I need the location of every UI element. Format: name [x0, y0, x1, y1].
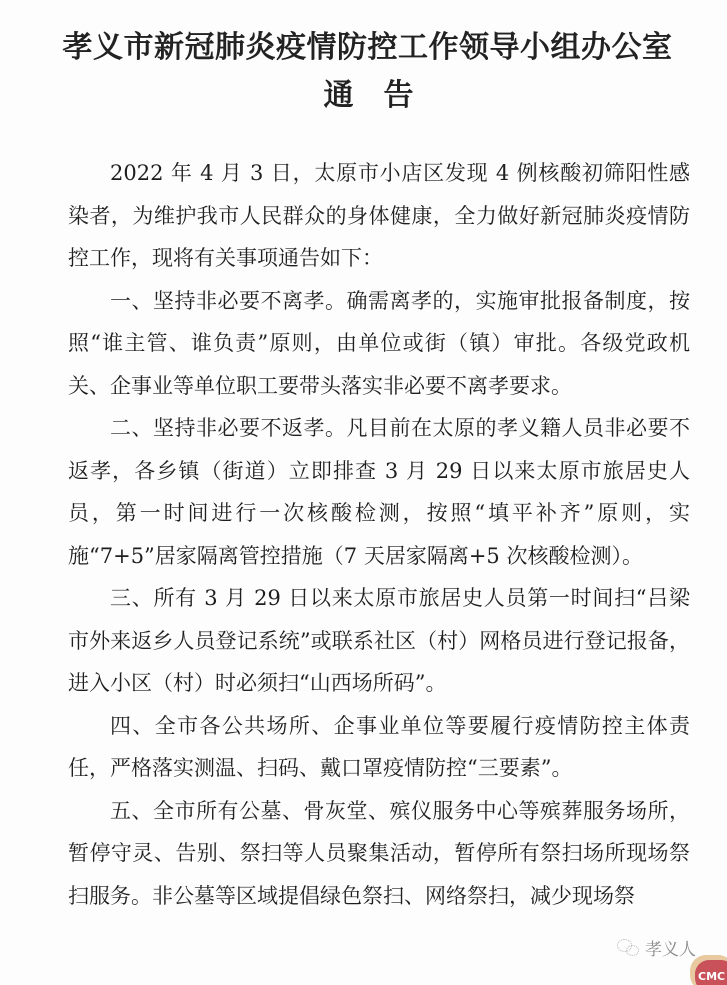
- paragraph-item-2: 二、坚持非必要不返孝。凡目前在太原的孝义籍人员非必要不返孝，各乡镇（街道）立即排…: [68, 407, 690, 577]
- wechat-watermark: 孝义人: [617, 935, 696, 960]
- document-body: 2022 年 4 月 3 日，太原市小店区发现 4 例核酸初筛阳性感染者，为维护…: [68, 152, 690, 917]
- paragraph-item-1: 一、坚持非必要不离孝。确需离孝的，实施审批报备制度，按照“谁主管、谁负责”原则，…: [68, 280, 690, 408]
- paragraph-item-4: 四、全市各公共场所、企事业单位等要履行疫情防控主体责任，严格落实测温、扫码、戴口…: [68, 705, 690, 790]
- wechat-icon: [617, 939, 639, 957]
- paragraph-item-3: 三、所有 3 月 29 日以来太原市旅居史人员第一时间扫“吕梁市外来返乡人员登记…: [68, 577, 690, 705]
- paragraph-item-5: 五、全市所有公墓、骨灰堂、殡仪服务中心等殡葬服务场所，暂停守灵、告别、祭扫等人员…: [68, 790, 690, 918]
- document-page: 孝义市新冠肺炎疫情防控工作领导小组办公室 通告 2022 年 4 月 3 日，太…: [0, 0, 727, 985]
- watermark-label: 孝义人: [645, 935, 696, 960]
- document-subtitle: 通告: [0, 70, 727, 114]
- document-title: 孝义市新冠肺炎疫情防控工作领导小组办公室: [0, 22, 727, 66]
- cmc-badge: CMC: [695, 960, 727, 985]
- paragraph-intro: 2022 年 4 月 3 日，太原市小店区发现 4 例核酸初筛阳性感染者，为维护…: [68, 152, 690, 280]
